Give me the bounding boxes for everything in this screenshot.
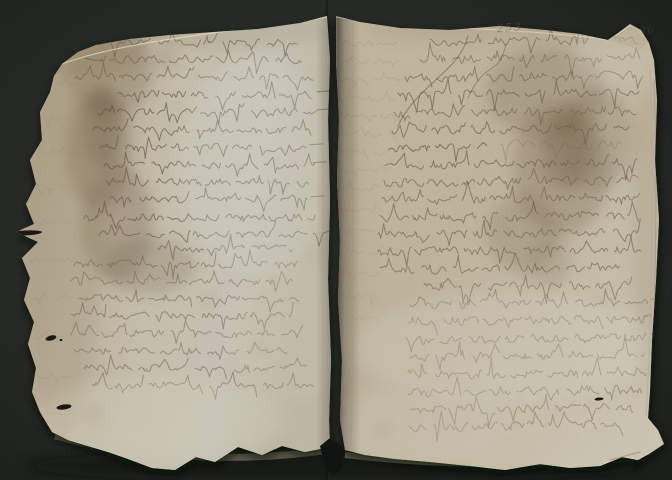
folio-number-edge: 16 [641, 26, 654, 37]
manuscript-photo: 253 16 [0, 0, 672, 480]
left-page-crease [322, 30, 323, 440]
manuscript-scan: 253 16 [0, 0, 672, 480]
folio-number-top: 253 [495, 20, 522, 35]
